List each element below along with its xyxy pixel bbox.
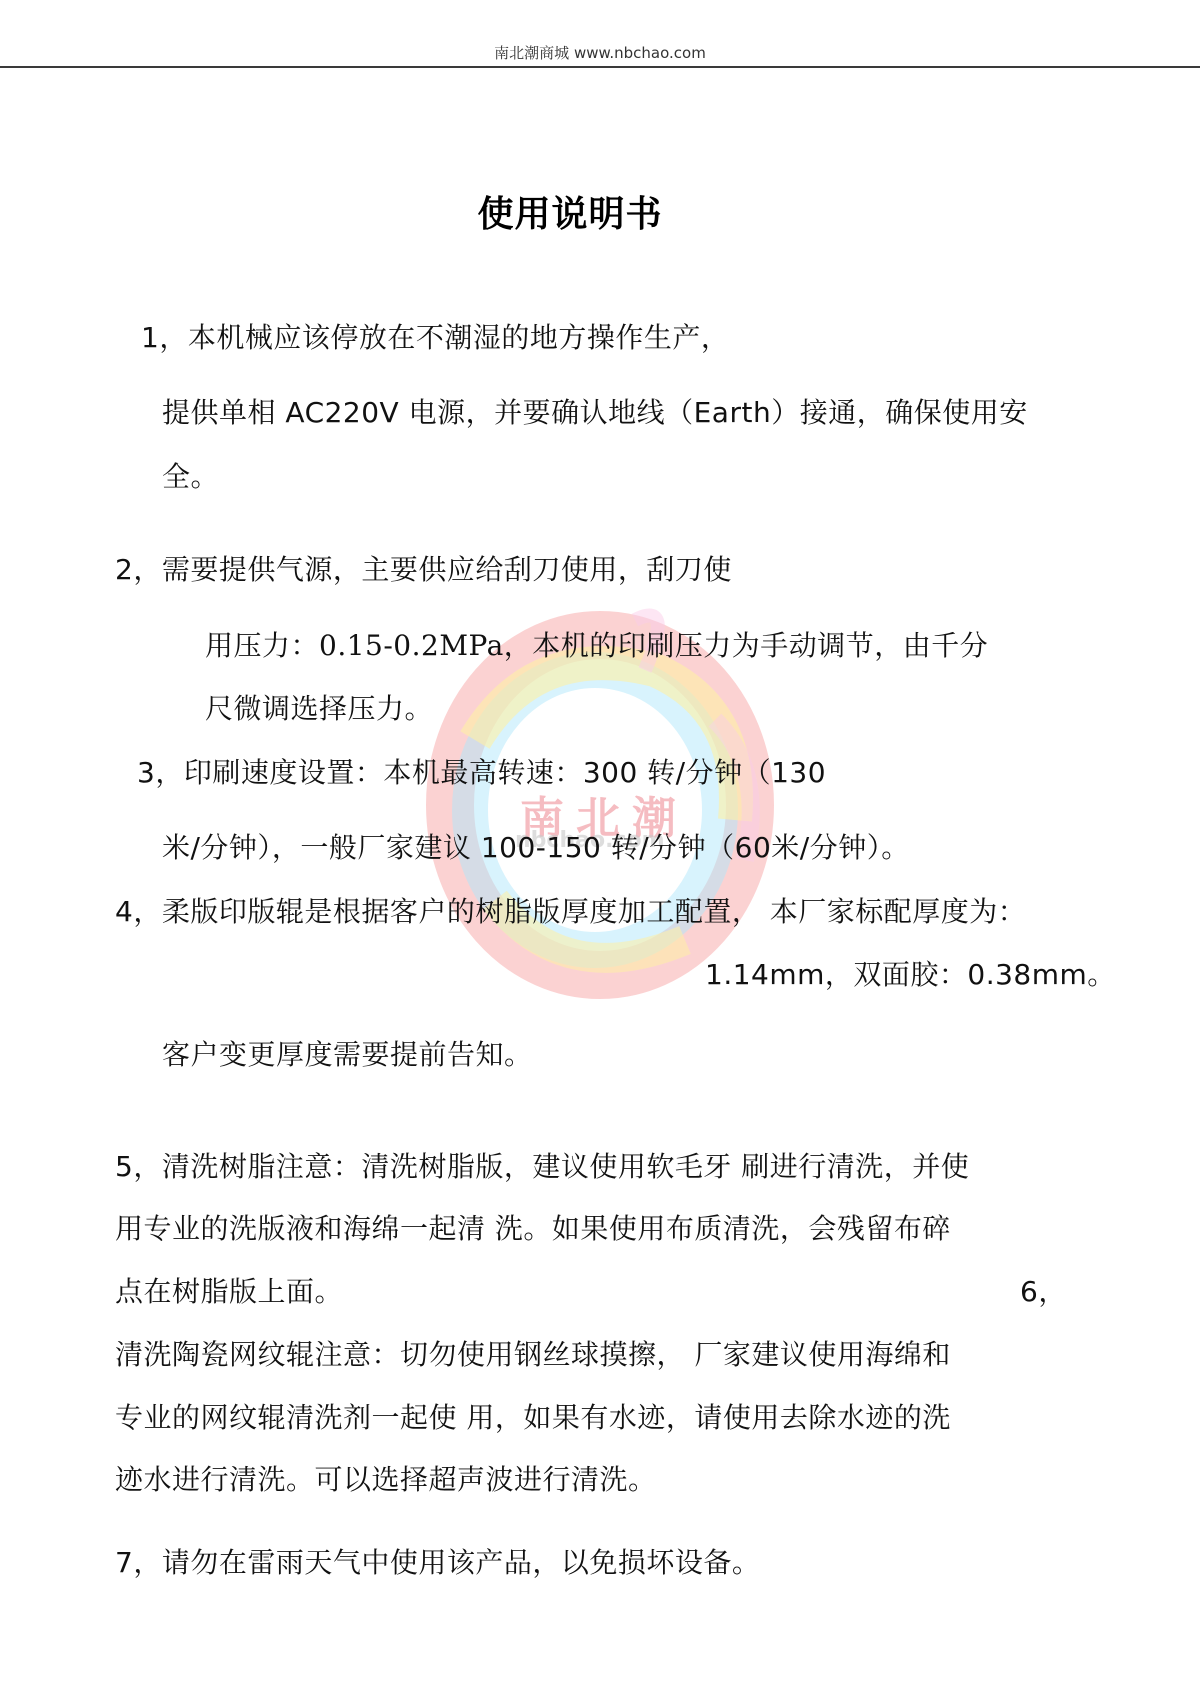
item-1-line-2: 提供单相 AC220V 电源，并要确认地线（Earth）接通，确保使用安 [162, 396, 1028, 430]
item-6-line-2: 专业的网纹辊清洗剂一起使 用，如果有水迹，请使用去除水迹的洗 [115, 1401, 951, 1435]
item-6-number: 6， [1020, 1275, 1067, 1309]
item-2-line-2: 用压力：0.15-0.2MPa，本机的印刷压力为手动调节，由千分 [205, 629, 988, 663]
item-6-line-3: 迹水进行清洗。可以选择超声波进行清洗。 [115, 1463, 657, 1497]
item-4-line-2: 1.14mm，双面胶：0.38mm。 [705, 958, 1116, 992]
item-2-line-1: 2，需要提供气源，主要供应给刮刀使用，刮刀使 [115, 553, 732, 587]
item-7-line-1: 7，请勿在雷雨天气中使用该产品，以免损坏设备。 [115, 1546, 760, 1580]
item-5-line-3: 点在树脂版上面。 [115, 1275, 343, 1309]
item-3-line-2: 米/分钟），一般厂家建议 100-150 转/分钟（60米/分钟）。 [162, 831, 910, 865]
document-title: 使用说明书 [0, 186, 1140, 237]
item-4-line-3: 客户变更厚度需要提前告知。 [162, 1038, 533, 1072]
item-5-line-1: 5，清洗树脂注意：清洗树脂版，建议使用软毛牙 刷进行清洗，并使 [115, 1150, 969, 1184]
item-5-line-2: 用专业的洗版液和海绵一起清 洗。如果使用布质清洗，会残留布碎 [115, 1212, 951, 1246]
item-1-line-1: 1，本机械应该停放在不潮湿的地方操作生产， [141, 321, 729, 355]
item-1-line-3: 全。 [162, 460, 219, 494]
item-3-line-1: 3，印刷速度设置：本机最高转速：300 转/分钟（130 [137, 756, 826, 790]
item-6-line-1: 清洗陶瓷网纹辊注意：切勿使用钢丝球摸擦， 厂家建议使用海绵和 [115, 1338, 951, 1372]
item-2-line-3: 尺微调选择压力。 [205, 692, 433, 726]
item-4-line-1: 4，柔版印版辊是根据客户的树脂版厚度加工配置， 本厂家标配厚度为： [115, 895, 1026, 929]
header-divider [0, 66, 1200, 68]
header-site-text: 南北潮商城 www.nbchao.com [0, 42, 1200, 63]
